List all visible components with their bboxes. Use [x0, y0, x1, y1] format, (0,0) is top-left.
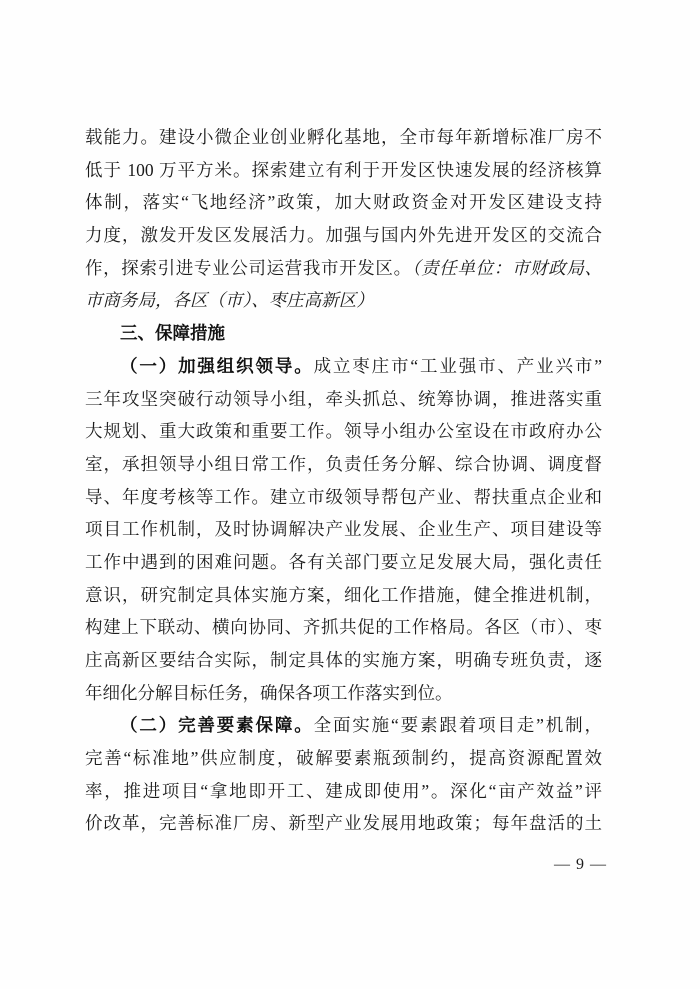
text-segment: 全面实施“要素跟着项目走”机制，	[314, 715, 602, 735]
text-segment: 率，推进项目“拿地即开工、建成即使用”。深化“亩产效益”评	[85, 781, 602, 801]
doc-line: 率，推进项目“拿地即开工、建成即使用”。深化“亩产效益”评	[85, 775, 602, 808]
doc-line: 导、年度考核等工作。建立市级领导帮包产业、帮扶重点企业和	[85, 481, 602, 514]
page-number: — 9 —	[554, 856, 607, 874]
doc-line: 体制，落实“飞地经济”政策，加大财政资金对开发区建设支持	[85, 186, 602, 219]
text-segment: 室，承担领导小组日常工作，负责任务分解、综合协调、调度督	[85, 454, 602, 474]
doc-line: 工作中遇到的困难问题。各有关部门要立足发展大局，强化责任	[85, 546, 602, 579]
doc-line: 作，探索引进专业公司运营我市开发区。（责任单位：市财政局、	[85, 252, 602, 285]
text-segment: （责任单位：市财政局、	[412, 258, 602, 278]
doc-line: 低于 100 万平方米。探索建立有利于开发区快速发展的经济核算	[85, 154, 602, 187]
text-segment: 年细化分解目标任务，确保各项工作落实到位。	[85, 683, 453, 703]
document-page: 载能力。建设小微企业创业孵化基地，全市每年新增标准厂房不低于 100 万平方米。…	[0, 0, 700, 989]
text-segment: 项目工作机制，及时协调解决产业发展、企业生产、项目建设等	[85, 519, 602, 539]
doc-line: 完善“标准地”供应制度，破解要素瓶颈制约，提高资源配置效	[85, 742, 602, 775]
doc-line: 三、保障措施	[85, 317, 602, 350]
text-segment: 作，探索引进专业公司运营我市开发区。	[85, 258, 412, 278]
doc-line: （二）完善要素保障。全面实施“要素跟着项目走”机制，	[85, 709, 602, 742]
text-segment: 三、保障措施	[120, 323, 225, 343]
text-segment: 工作中遇到的困难问题。各有关部门要立足发展大局，强化责任	[85, 552, 602, 572]
text-segment: 成立枣庄市“工业强市、产业兴市”	[314, 356, 602, 376]
doc-line: （一）加强组织领导。成立枣庄市“工业强市、产业兴市”	[85, 350, 602, 383]
doc-line: 庄高新区要结合实际，制定具体的实施方案，明确专班负责，逐	[85, 644, 602, 677]
text-segment: 构建上下联动、横向协同、齐抓共促的工作格局。各区（市）、枣	[85, 617, 602, 637]
text-segment: 价改革，完善标准厂房、新型产业发展用地政策；每年盘活的土	[85, 813, 602, 833]
text-segment: 市商务局，各区（市）、枣庄高新区）	[85, 290, 374, 310]
text-segment: 三年攻坚突破行动领导小组，牵头抓总、统筹协调，推进落实重	[85, 389, 602, 409]
text-segment: 低于 100 万平方米。探索建立有利于开发区快速发展的经济核算	[85, 160, 602, 180]
doc-line: 市商务局，各区（市）、枣庄高新区）	[85, 284, 602, 317]
text-segment: 载能力。建设小微企业创业孵化基地，全市每年新增标准厂房不	[85, 127, 602, 147]
doc-line: 意识，研究制定具体实施方案，细化工作措施，健全推进机制，	[85, 579, 602, 612]
doc-line: 载能力。建设小微企业创业孵化基地，全市每年新增标准厂房不	[85, 121, 602, 154]
document-text-block: 载能力。建设小微企业创业孵化基地，全市每年新增标准厂房不低于 100 万平方米。…	[85, 121, 602, 840]
doc-line: 构建上下联动、横向协同、齐抓共促的工作格局。各区（市）、枣	[85, 611, 602, 644]
text-segment: 导、年度考核等工作。建立市级领导帮包产业、帮扶重点企业和	[85, 487, 602, 507]
doc-line: 项目工作机制，及时协调解决产业发展、企业生产、项目建设等	[85, 513, 602, 546]
doc-line: 三年攻坚突破行动领导小组，牵头抓总、统筹协调，推进落实重	[85, 383, 602, 416]
text-segment: 完善“标准地”供应制度，破解要素瓶颈制约，提高资源配置效	[85, 748, 602, 768]
text-segment: 庄高新区要结合实际，制定具体的实施方案，明确专班负责，逐	[85, 650, 602, 670]
text-segment: 体制，落实“飞地经济”政策，加大财政资金对开发区建设支持	[85, 192, 602, 212]
text-segment: （二）完善要素保障。	[120, 715, 314, 735]
doc-line: 年细化分解目标任务，确保各项工作落实到位。	[85, 677, 602, 710]
text-segment: 大规划、重大政策和重要工作。领导小组办公室设在市政府办公	[85, 421, 602, 441]
doc-line: 室，承担领导小组日常工作，负责任务分解、综合协调、调度督	[85, 448, 602, 481]
doc-line: 力度，激发开发区发展活力。加强与国内外先进开发区的交流合	[85, 219, 602, 252]
doc-line: 价改革，完善标准厂房、新型产业发展用地政策；每年盘活的土	[85, 807, 602, 840]
text-segment: 力度，激发开发区发展活力。加强与国内外先进开发区的交流合	[85, 225, 602, 245]
text-segment: 意识，研究制定具体实施方案，细化工作措施，健全推进机制，	[85, 585, 602, 605]
doc-line: 大规划、重大政策和重要工作。领导小组办公室设在市政府办公	[85, 415, 602, 448]
text-segment: （一）加强组织领导。	[120, 356, 314, 376]
